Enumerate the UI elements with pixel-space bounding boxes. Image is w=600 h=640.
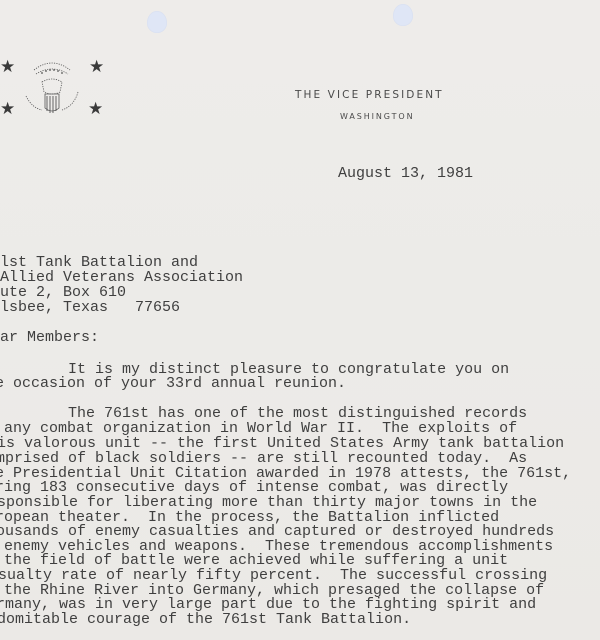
address-line: lst Tank Battalion and: [0, 255, 198, 270]
letterhead-subtitle: WASHINGTON: [340, 112, 414, 121]
paragraph-2-line: any combat organization in World War II.…: [0, 421, 517, 436]
paragraph-2-line: the field of battle were achieved while …: [0, 553, 508, 568]
punch-hole-right: [393, 4, 413, 26]
address-line: ute 2, Box 610: [0, 285, 126, 300]
salutation: ar Members:: [0, 330, 99, 345]
star-icon: ★: [0, 101, 15, 118]
paragraph-2-line: The 761st has one of the most distinguis…: [5, 406, 527, 421]
paragraph-2-line: is valorous unit -- the first United Sta…: [0, 436, 564, 451]
star-icon: ★: [88, 101, 103, 118]
paragraph-2-line: mprised of black soldiers -- are still r…: [0, 451, 527, 466]
seal-icon: [22, 56, 82, 118]
letter-page: ★ ★ ★ ★ THE VICE PRESIDENT WASHINGTON Au…: [0, 0, 600, 640]
letter-date: August 13, 1981: [338, 166, 473, 181]
paragraph-2-line: ring 183 consecutive days of intense com…: [0, 480, 508, 495]
paragraph-2-line: sponsible for liberating more than thirt…: [0, 495, 537, 510]
address-line: Allied Veterans Association: [0, 270, 243, 285]
address-line: lsbee, Texas 77656: [0, 300, 180, 315]
letterhead-title: THE VICE PRESIDENT: [295, 89, 444, 101]
paragraph-2-line: sualty rate of nearly fifty percent. The…: [0, 568, 547, 583]
paragraph-2-line: domitable courage of the 761st Tank Batt…: [0, 612, 411, 627]
paragraph-1-line: e occasion of your 33rd annual reunion.: [0, 376, 346, 391]
punch-hole-left: [147, 11, 167, 33]
paragraph-2-line: rmany, was in very large part due to the…: [0, 597, 536, 612]
star-icon: ★: [89, 59, 104, 76]
star-icon: ★: [0, 59, 15, 76]
paragraph-2-line: ousands of enemy casualties and captured…: [0, 524, 554, 539]
